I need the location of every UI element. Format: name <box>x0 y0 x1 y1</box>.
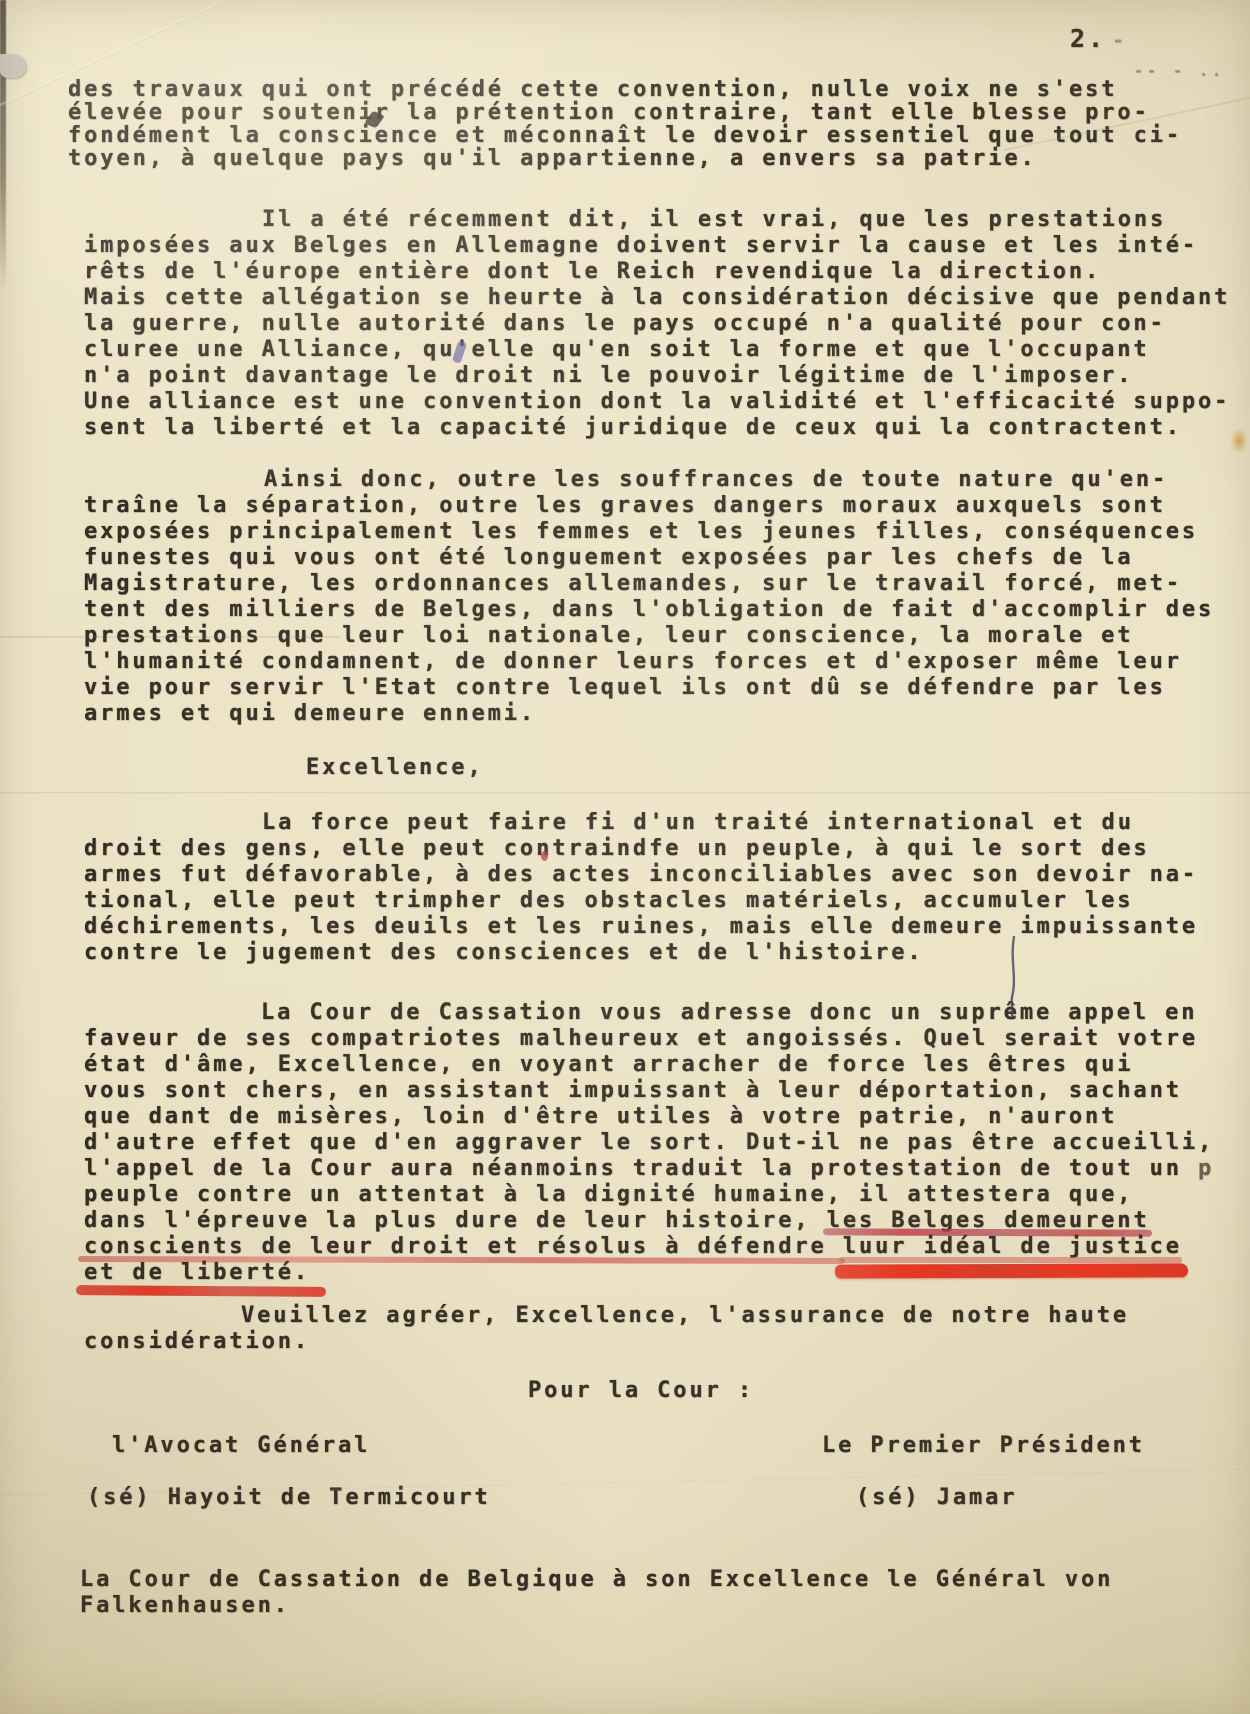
text-line: La force peut faire fi d'un traité inter… <box>84 810 1198 836</box>
text-line: tent des milliers de Belges, dans l'obli… <box>84 597 1214 623</box>
text-line: des travaux qui ont précédé cette conven… <box>68 78 1182 101</box>
pen-stroke <box>1004 935 1022 1019</box>
text-line: toyen, à quelque pays qu'il appartienne,… <box>68 147 1182 170</box>
text-line: tional, elle peut trimpher des obstacles… <box>84 888 1198 914</box>
text-segment: Pour la Cour : <box>528 1378 754 1403</box>
text-segment: Ainsi donc, outre les souffrances de tou… <box>264 467 1168 492</box>
text-segment: traîne la séparation, outre les graves d… <box>84 493 1166 518</box>
text-line: la guerre, nulle autorité dans le pays o… <box>84 311 1230 337</box>
text-segment: fondément la conscience et méconnaît le … <box>68 123 1182 148</box>
text-segment: que dant de misères, loin d'être utiles … <box>84 1104 1117 1129</box>
text-line: La Cour de Cassation vous adresse donc u… <box>84 1000 1214 1026</box>
text-line: conscients de leur droit et résolus à dé… <box>84 1234 1214 1260</box>
text-segment: imposées aux Belges en Allemagne doivent… <box>84 233 1198 258</box>
red-underlined-text: luur idéal de justice <box>843 1234 1182 1259</box>
text-line: l'humanité condamnent, de donner leurs f… <box>84 649 1214 675</box>
text-line: cluree une Alliance, qu'elle qu'en soit … <box>84 337 1230 363</box>
text-line: droit des gens, elle peut contraindfe un… <box>84 836 1198 862</box>
fold-crease <box>0 792 1250 795</box>
text-line: imposées aux Belges en Allemagne doivent… <box>84 233 1230 259</box>
text-segment: rêts de l'éurope entière dont le Reich r… <box>84 259 1101 284</box>
text-segment: sent la liberté et la capacité juridique… <box>84 415 1182 440</box>
text-segment: La Cour de Cassation de Belgique à son E… <box>80 1567 1113 1592</box>
text-segment: l'humanité condamnent, de donner leurs f… <box>84 649 1182 674</box>
signature-right-title: Le Premier Président <box>822 1433 1145 1459</box>
text-segment: funestes qui vous ont été longuement exp… <box>84 545 1133 570</box>
text-line: élevée pour soutenir la prétention contr… <box>68 101 1182 124</box>
text-line: funestes qui vous ont été longuement exp… <box>84 545 1214 571</box>
text-segment: cluree une Alliance, qu'elle qu'en soit … <box>84 337 1150 362</box>
paragraph-p3: Ainsi donc, outre les souffrances de tou… <box>84 467 1214 727</box>
paragraph-closing: La Cour de Cassation de Belgique à son E… <box>80 1567 1113 1619</box>
paragraph-pour: Pour la Cour : <box>528 1378 754 1404</box>
text-line: déchirements, les deuils et les ruines, … <box>84 914 1198 940</box>
scan-edge-shadow <box>0 0 6 292</box>
text-line: traîne la séparation, outre les graves d… <box>84 493 1214 519</box>
text-segment: droit des gens, elle peut contraindfe un… <box>84 836 1150 861</box>
text-line: Pour la Cour : <box>528 1378 754 1404</box>
text-segment: peuple contre un attentat à la dignité h… <box>84 1182 1133 1207</box>
text-line: sent la liberté et la capacité juridique… <box>84 415 1230 441</box>
text-segment: faveur de ses compatriotes malheureux et… <box>84 1026 1198 1051</box>
text-segment: prestations que leur loi nationale, leur… <box>84 623 1133 648</box>
red-underlined-text: conscients de leur droit et résolus à dé… <box>84 1234 843 1259</box>
text-line: Il a été récemment dit, il est vrai, que… <box>84 207 1230 233</box>
text-segment: dans l'épreuve la plus dure de leur hist… <box>84 1208 827 1233</box>
text-segment: des travaux qui ont précédé cette conven… <box>68 77 1117 102</box>
paper-tear <box>0 54 26 78</box>
text-line: vie pour servir l'Etat contre lequel ils… <box>84 675 1214 701</box>
text-segment: la guerre, nulle autorité dans le pays o… <box>84 311 1166 336</box>
text-segment: armes et qui demeure ennemi. <box>84 701 536 726</box>
red-ink-speck <box>541 851 548 861</box>
text-segment: considération. <box>84 1329 310 1354</box>
text-segment: d'autre effet que d'en aggraver le sort.… <box>84 1130 1214 1155</box>
page-number: 2.- <box>1070 26 1127 53</box>
text-line: armes et qui demeure ennemi. <box>84 701 1214 727</box>
text-line: l'appel de la Cour aura néanmoins tradui… <box>84 1156 1214 1182</box>
text-line: Une alliance est une convention dont la … <box>84 389 1230 415</box>
text-line: rêts de l'éurope entière dont le Reich r… <box>84 259 1230 285</box>
text-segment: élevée pour soutenir la prétention contr… <box>68 100 1150 125</box>
text-segment: tional, elle peut trimpher des obstacles… <box>84 888 1133 913</box>
text-line: Magistrature, les ordonnances allemandes… <box>84 571 1214 597</box>
red-underlined-text: les Belges demeurent <box>827 1208 1150 1233</box>
paragraph-p4: La force peut faire fi d'un traité inter… <box>84 810 1198 966</box>
text-line: vous sont chers, en assistant impuissant… <box>84 1078 1214 1104</box>
text-line: Falkenhausen. <box>80 1593 1113 1619</box>
text-segment: déchirements, les deuils et les ruines, … <box>84 914 1198 939</box>
text-segment: Veuillez agréer, Excellence, l'assurance… <box>241 1303 1129 1328</box>
text-line: considération. <box>84 1329 1129 1355</box>
page-number-dash: - <box>1106 28 1127 52</box>
text-segment: contre le jugement des consciences et de… <box>84 940 924 965</box>
text-line: dans l'épreuve la plus dure de leur hist… <box>84 1208 1214 1234</box>
text-line: Mais cette allégation se heurte à la con… <box>84 285 1230 311</box>
paragraph-exc: Excellence, <box>84 755 484 781</box>
text-segment: Une alliance est une convention dont la … <box>84 389 1230 414</box>
text-segment: tent des milliers de Belges, dans l'obli… <box>84 597 1214 622</box>
text-segment: toyen, à quelque pays qu'il appartienne,… <box>68 146 1037 171</box>
text-segment: La force peut faire fi d'un traité inter… <box>262 810 1134 835</box>
orange-stain <box>1230 428 1248 454</box>
page-number-value: 2. <box>1070 24 1106 53</box>
text-line: Ainsi donc, outre les souffrances de tou… <box>84 467 1214 493</box>
paragraph-p2: Il a été récemment dit, il est vrai, que… <box>84 207 1230 441</box>
text-segment: l'appel de la Cour aura néanmoins tradui… <box>84 1156 1198 1181</box>
text-segment: n'a point davantage le droit ni le pouvo… <box>84 363 1133 388</box>
paragraph-p5: La Cour de Cassation vous adresse donc u… <box>84 1000 1214 1286</box>
signature-right-name: (sé) Jamar <box>856 1485 1017 1511</box>
text-line: faveur de ses compatriotes malheureux et… <box>84 1026 1214 1052</box>
text-segment: Falkenhausen. <box>80 1593 290 1618</box>
text-line: prestations que leur loi nationale, leur… <box>84 623 1214 649</box>
text-segment: Il a été récemment dit, il est vrai, que… <box>262 207 1166 232</box>
text-line: exposées principalement les femmes et le… <box>84 519 1214 545</box>
text-segment: vie pour servir l'Etat contre lequel ils… <box>84 675 1166 700</box>
text-line: Excellence, <box>84 755 484 781</box>
text-line: état d'âme, Excellence, en voyant arrach… <box>84 1052 1214 1078</box>
typewritten-letter-page: 2.- -- - .. des travaux qui ont précédé … <box>0 0 1250 1714</box>
text-segment: exposées principalement les femmes et le… <box>84 519 1198 544</box>
text-line: armes fut défavorable, à des actes incon… <box>84 862 1198 888</box>
text-segment: Magistrature, les ordonnances allemandes… <box>84 571 1182 596</box>
text-line: Veuillez agréer, Excellence, l'assurance… <box>84 1303 1129 1329</box>
text-segment: Mais cette allégation se heurte à la con… <box>84 285 1230 310</box>
text-line: La Cour de Cassation de Belgique à son E… <box>80 1567 1113 1593</box>
text-segment: Excellence, <box>306 755 484 780</box>
signature-left-title: l'Avocat Général <box>112 1433 370 1459</box>
text-segment: vous sont chers, en assistant impuissant… <box>84 1078 1182 1103</box>
text-segment: état d'âme, Excellence, en voyant arrach… <box>84 1052 1133 1077</box>
text-segment: p <box>1198 1156 1214 1181</box>
text-line: n'a point davantage le droit ni le pouvo… <box>84 363 1230 389</box>
text-line: contre le jugement des consciences et de… <box>84 940 1198 966</box>
paragraph-p1: des travaux qui ont précédé cette conven… <box>68 78 1182 170</box>
text-line: d'autre effet que d'en aggraver le sort.… <box>84 1130 1214 1156</box>
text-segment: La Cour de Cassation vous adresse donc u… <box>261 1000 1197 1025</box>
text-line: peuple contre un attentat à la dignité h… <box>84 1182 1214 1208</box>
paragraph-p6: Veuillez agréer, Excellence, l'assurance… <box>84 1303 1129 1355</box>
red-underlined-text: et de liberté. <box>84 1260 310 1285</box>
text-line: que dant de misères, loin d'être utiles … <box>84 1104 1214 1130</box>
signature-left-name: (sé) Hayoit de Termicourt <box>87 1485 491 1511</box>
text-line: fondément la conscience et méconnaît le … <box>68 124 1182 147</box>
text-segment: armes fut défavorable, à des actes incon… <box>84 862 1198 887</box>
